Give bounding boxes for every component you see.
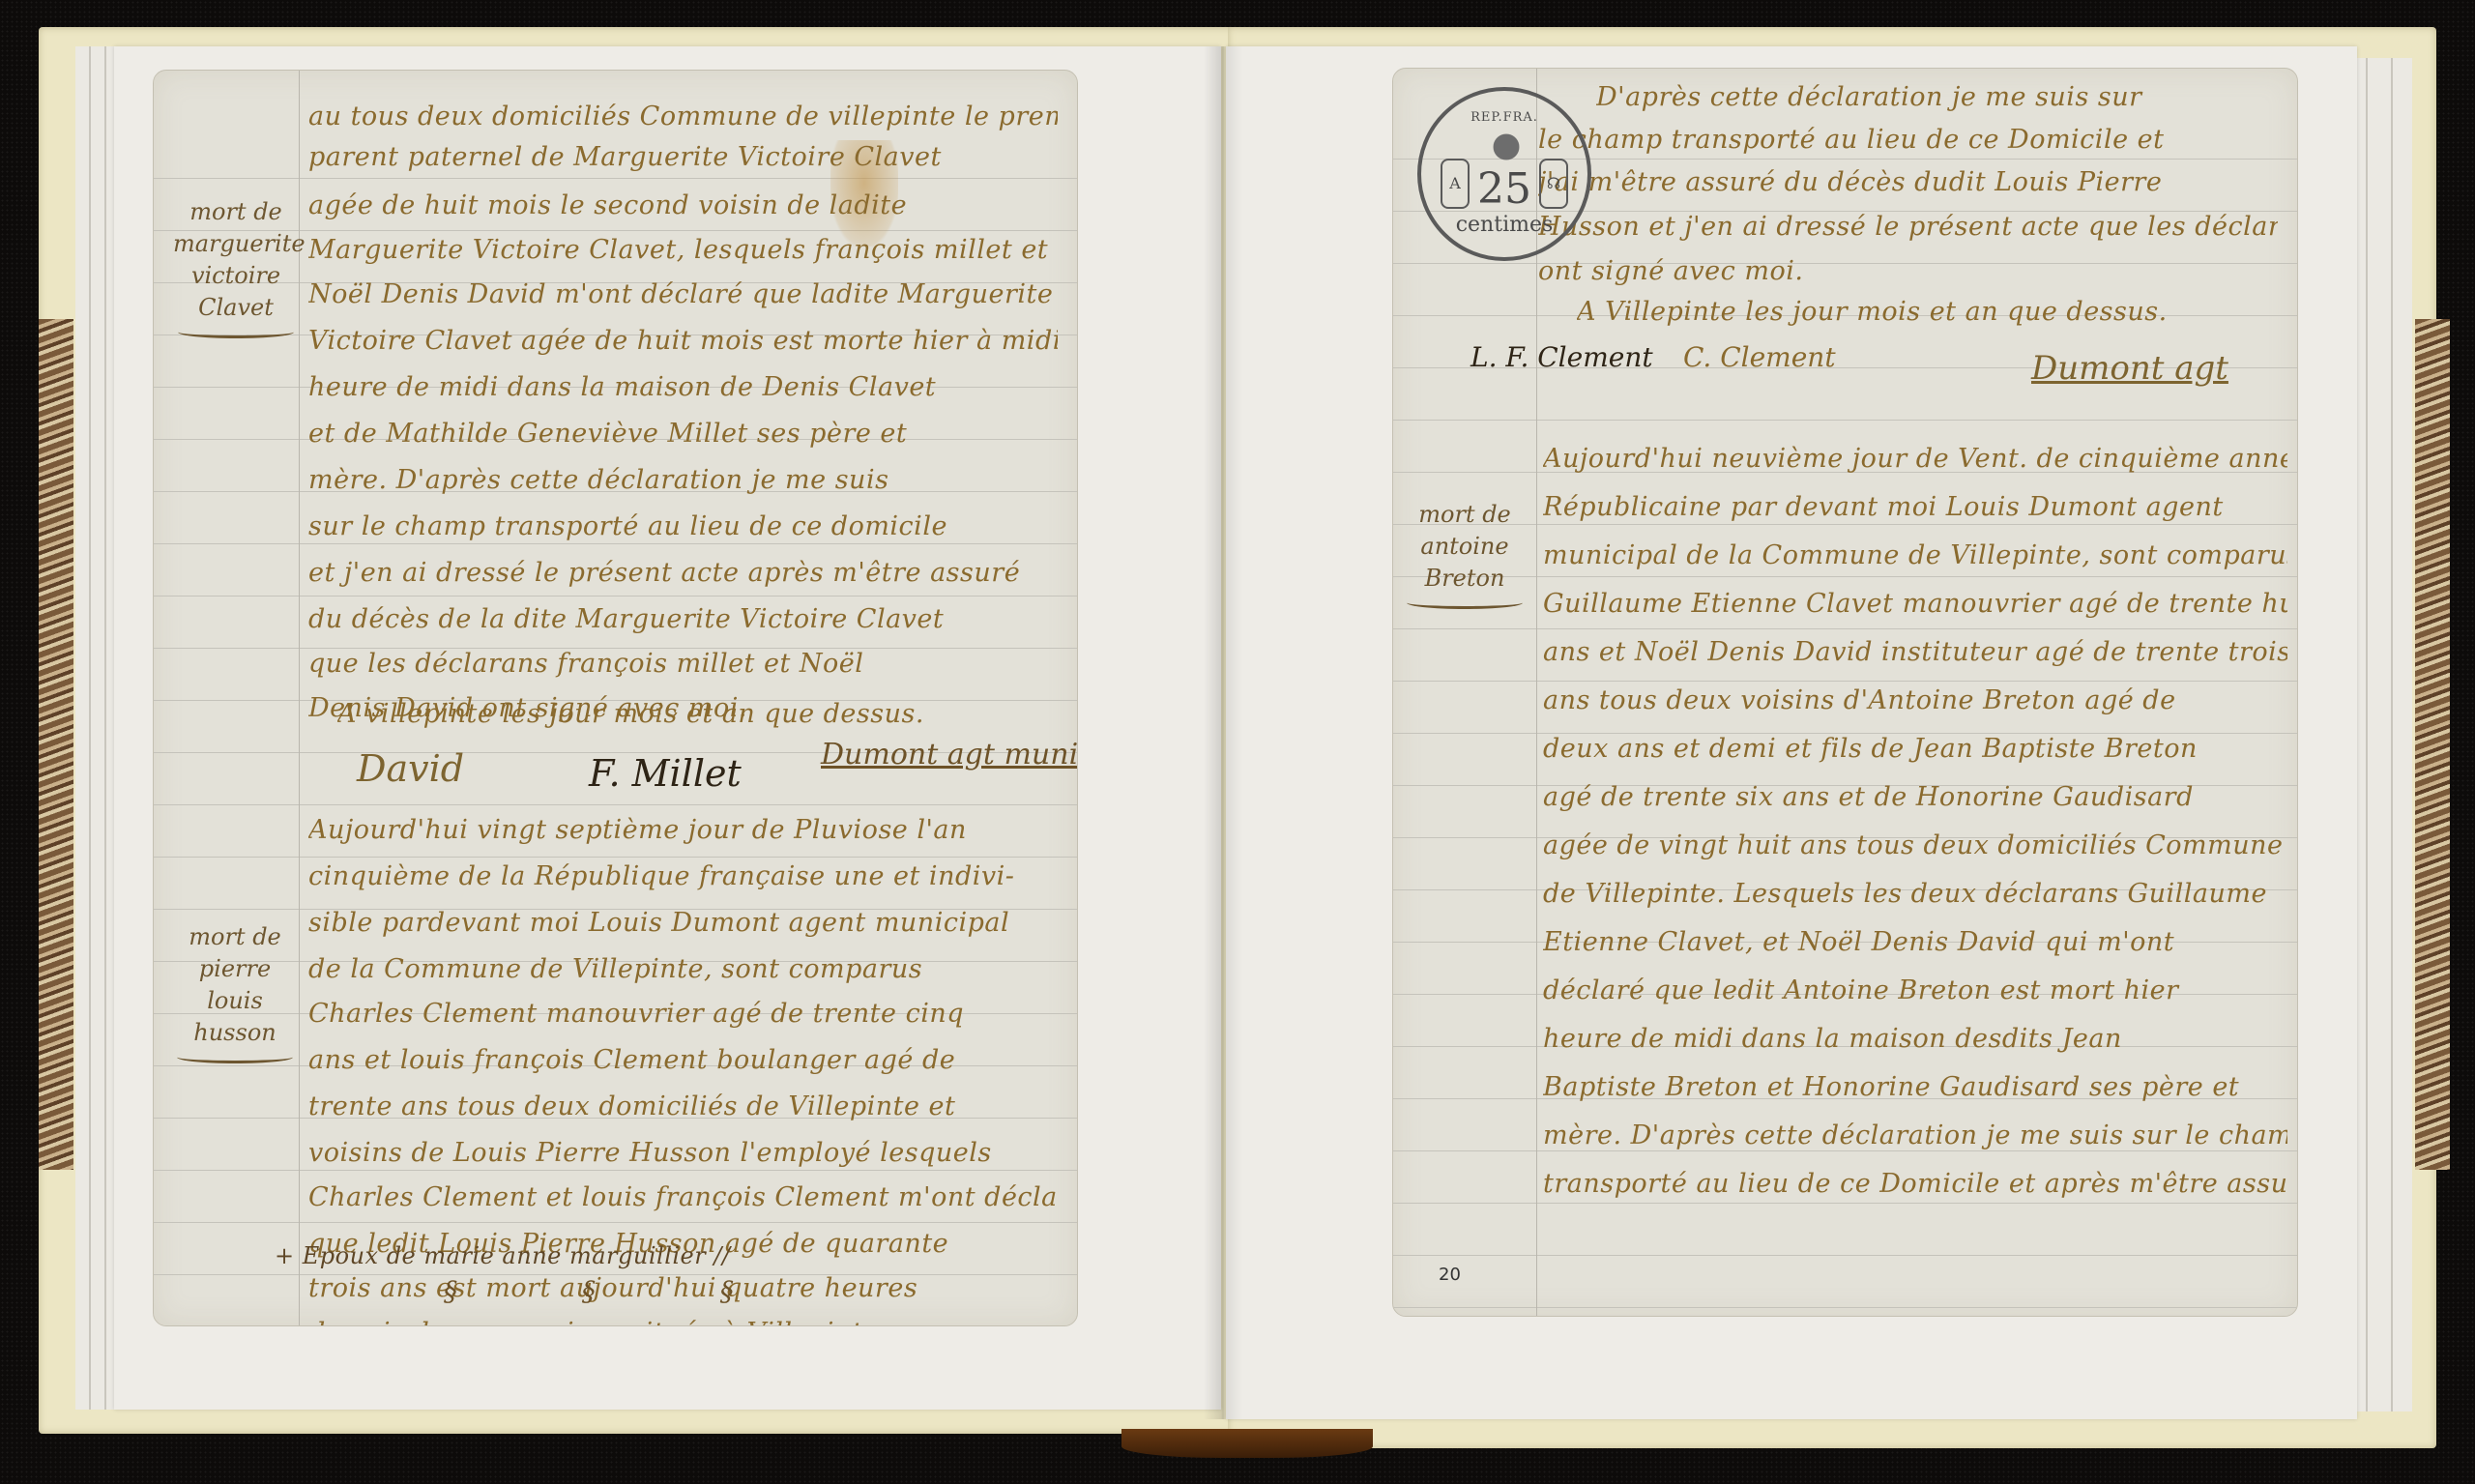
- signature-david: David: [357, 747, 464, 790]
- text-line: de Villepinte. Lesquels les deux déclara…: [1543, 879, 2287, 909]
- text-line: Charles Clement et louis françois Clemen…: [308, 1182, 1058, 1212]
- text-line: Guillaume Etienne Clavet manouvrier agé …: [1543, 589, 2287, 619]
- text-line: j'ai m'être assuré du décès dudit Louis …: [1538, 167, 2278, 197]
- margin-rule: [299, 71, 300, 1325]
- stamp-value: 25: [1421, 168, 1587, 211]
- flourish-icon: [1407, 597, 1523, 609]
- text-line: Victoire Clavet agée de huit mois est mo…: [308, 326, 1058, 356]
- crest-icon: [1481, 128, 1531, 166]
- text-line: mère. D'après cette déclaration je me su…: [1543, 1120, 2287, 1150]
- text-line: Républicaine par devant moi Louis Dumont…: [1543, 492, 2287, 522]
- text-line: municipal de la Commune de Villepinte, s…: [1543, 540, 2287, 570]
- stamp-republic-text: REP.FRA.: [1421, 110, 1587, 125]
- signature-dumont: Dumont agt: [2031, 349, 2228, 388]
- margin-rule: [1536, 69, 1537, 1316]
- text-line: du décès de la dite Marguerite Victoire …: [308, 604, 1058, 634]
- text-line: heure de midi dans la maison desdits Jea…: [1543, 1024, 2287, 1054]
- leather-spine: [1121, 1429, 1373, 1458]
- text-line: ans et Noël Denis David instituteur agé …: [1543, 637, 2287, 667]
- tax-stamp-25-centimes: REP.FRA. A ☊ 25 centimes: [1417, 87, 1591, 261]
- text-line: du soir dans sa maison située à Villepin…: [308, 1318, 1058, 1326]
- text-line: ans tous deux voisins d'Antoine Breton a…: [1543, 685, 2287, 715]
- margin-note-death-pierre: mort de pierre louis husson: [167, 921, 303, 1063]
- text-line: et de Mathilde Geneviève Millet ses père…: [308, 419, 1058, 449]
- text-line: que les déclarans françois millet et Noë…: [308, 649, 1058, 679]
- text-line: au tous deux domiciliés Commune de ville…: [308, 102, 1058, 131]
- page-number: 20: [1439, 1265, 1461, 1285]
- signature-marks: § § §: [444, 1275, 1077, 1307]
- text-line: agé de trente six ans et de Honorine Gau…: [1543, 782, 2287, 812]
- text-line: Charles Clement manouvrier agé de trente…: [308, 999, 1058, 1029]
- marbled-board-right: [2415, 319, 2450, 1170]
- footnote-spouse: + Epoux de marie anne marguillier //: [275, 1242, 1077, 1269]
- signature-c-clement: C. Clement: [1683, 341, 1836, 373]
- text-line: Marguerite Victoire Clavet, lesquels fra…: [308, 235, 1058, 265]
- text-line: cinquième de la République française une…: [308, 861, 1058, 891]
- text-line: déclaré que ledit Antoine Breton est mor…: [1543, 975, 2287, 1005]
- text-line: agée de vingt huit ans tous deux domicil…: [1543, 830, 2287, 860]
- margin-note-death-marguerite: mort de marguerite victoire Clavet: [173, 196, 299, 338]
- text-line: ont signé avec moi.: [1538, 256, 2278, 286]
- flourish-icon: [177, 1051, 293, 1063]
- flourish-icon: [178, 326, 294, 338]
- text-line: parent paternel de Marguerite Victoire C…: [308, 142, 1058, 172]
- book-gutter: [1204, 46, 1242, 1419]
- text-line: heure de midi dans la maison de Denis Cl…: [308, 372, 1058, 402]
- stamp-unit: centimes: [1421, 213, 1587, 237]
- text-line: Etienne Clavet, et Noël Denis David qui …: [1543, 927, 2287, 957]
- text-line: A Villepinte les jour mois et an que des…: [1577, 297, 2278, 327]
- margin-note-death-antoine: mort de antoine Breton: [1393, 499, 1536, 609]
- text-line: sur le champ transporté au lieu de ce do…: [308, 511, 1058, 541]
- text-line: Husson et j'en ai dressé le présent acte…: [1538, 212, 2278, 242]
- text-line: mère. D'après cette déclaration je me su…: [308, 465, 1058, 495]
- text-line: sible pardevant moi Louis Dumont agent m…: [308, 908, 1058, 938]
- text-line: voisins de Louis Pierre Husson l'employé…: [308, 1138, 1058, 1168]
- signature-lf-clement: L. F. Clement: [1470, 341, 1653, 373]
- text-line: transporté au lieu de ce Domicile et apr…: [1543, 1169, 2287, 1199]
- marbled-board-left: [39, 319, 73, 1170]
- text-line: agée de huit mois le second voisin de la…: [308, 190, 1058, 220]
- text-line: de la Commune de Villepinte, sont compar…: [308, 954, 1058, 984]
- text-line: A villepinte les jour mois et an que des…: [337, 699, 1077, 729]
- signature-dumont: Dumont agt municipal: [821, 738, 1078, 771]
- text-line: et j'en ai dressé le présent acte après …: [308, 558, 1058, 588]
- text-line: D'après cette déclaration je me suis sur: [1596, 82, 2278, 112]
- text-line: deux ans et demi et fils de Jean Baptist…: [1543, 734, 2287, 764]
- text-line: Aujourd'hui neuvième jour de Vent. de ci…: [1543, 444, 2287, 474]
- text-line: trente ans tous deux domiciliés de Ville…: [308, 1091, 1058, 1121]
- left-page-sheet: mort de marguerite victoire Clavet mort …: [153, 70, 1078, 1326]
- text-line: le champ transporté au lieu de ce Domici…: [1538, 125, 2278, 155]
- text-line: ans et louis françois Clement boulanger …: [308, 1045, 1058, 1075]
- text-line: Aujourd'hui vingt septième jour de Pluvi…: [308, 815, 1058, 845]
- signature-millet: F. Millet: [589, 752, 742, 795]
- text-line: Noël Denis David m'ont déclaré que ladit…: [308, 279, 1058, 309]
- text-line: Baptiste Breton et Honorine Gaudisard se…: [1543, 1072, 2287, 1102]
